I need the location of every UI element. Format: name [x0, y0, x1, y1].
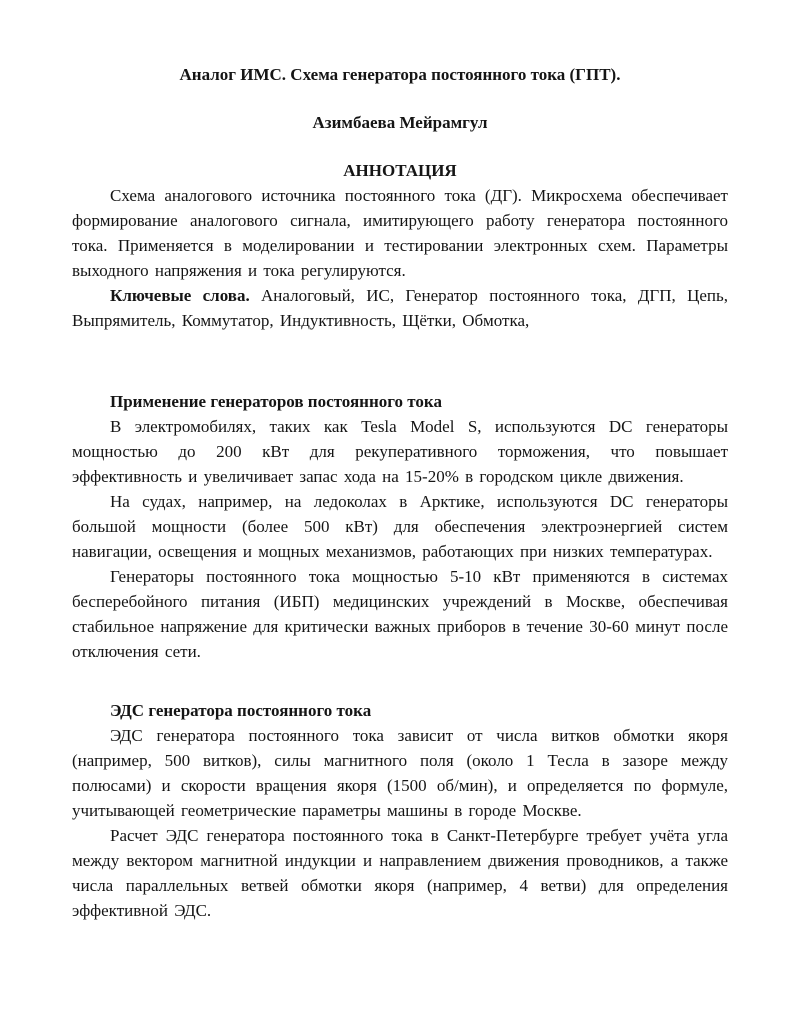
applications-paragraph-ups: Генераторы постоянного тока мощностью 5-…	[72, 564, 728, 664]
document-page: Аналог ИМС. Схема генератора постоянного…	[0, 0, 800, 1035]
document-title: Аналог ИМС. Схема генератора постоянного…	[72, 62, 728, 87]
emf-paragraph-dependencies: ЭДС генератора постоянного тока зависит …	[72, 723, 728, 823]
applications-paragraph-ev: В электромобилях, таких как Tesla Model …	[72, 414, 728, 489]
applications-paragraph-ships: На судах, например, на ледоколах в Аркти…	[72, 489, 728, 564]
annotation-paragraph: Схема аналогового источника постоянного …	[72, 183, 728, 283]
section-heading-applications: Применение генераторов постоянного тока	[72, 389, 728, 414]
section-heading-emf: ЭДС генератора постоянного тока	[72, 698, 728, 723]
annotation-heading: АННОТАЦИЯ	[72, 158, 728, 183]
keywords-paragraph: Ключевые слова. Аналоговый, ИС, Генерато…	[72, 283, 728, 333]
emf-paragraph-calculation: Расчет ЭДС генератора постоянного тока в…	[72, 823, 728, 923]
document-author: Азимбаева Мейрамгул	[72, 110, 728, 135]
keywords-label: Ключевые слова.	[110, 286, 250, 305]
